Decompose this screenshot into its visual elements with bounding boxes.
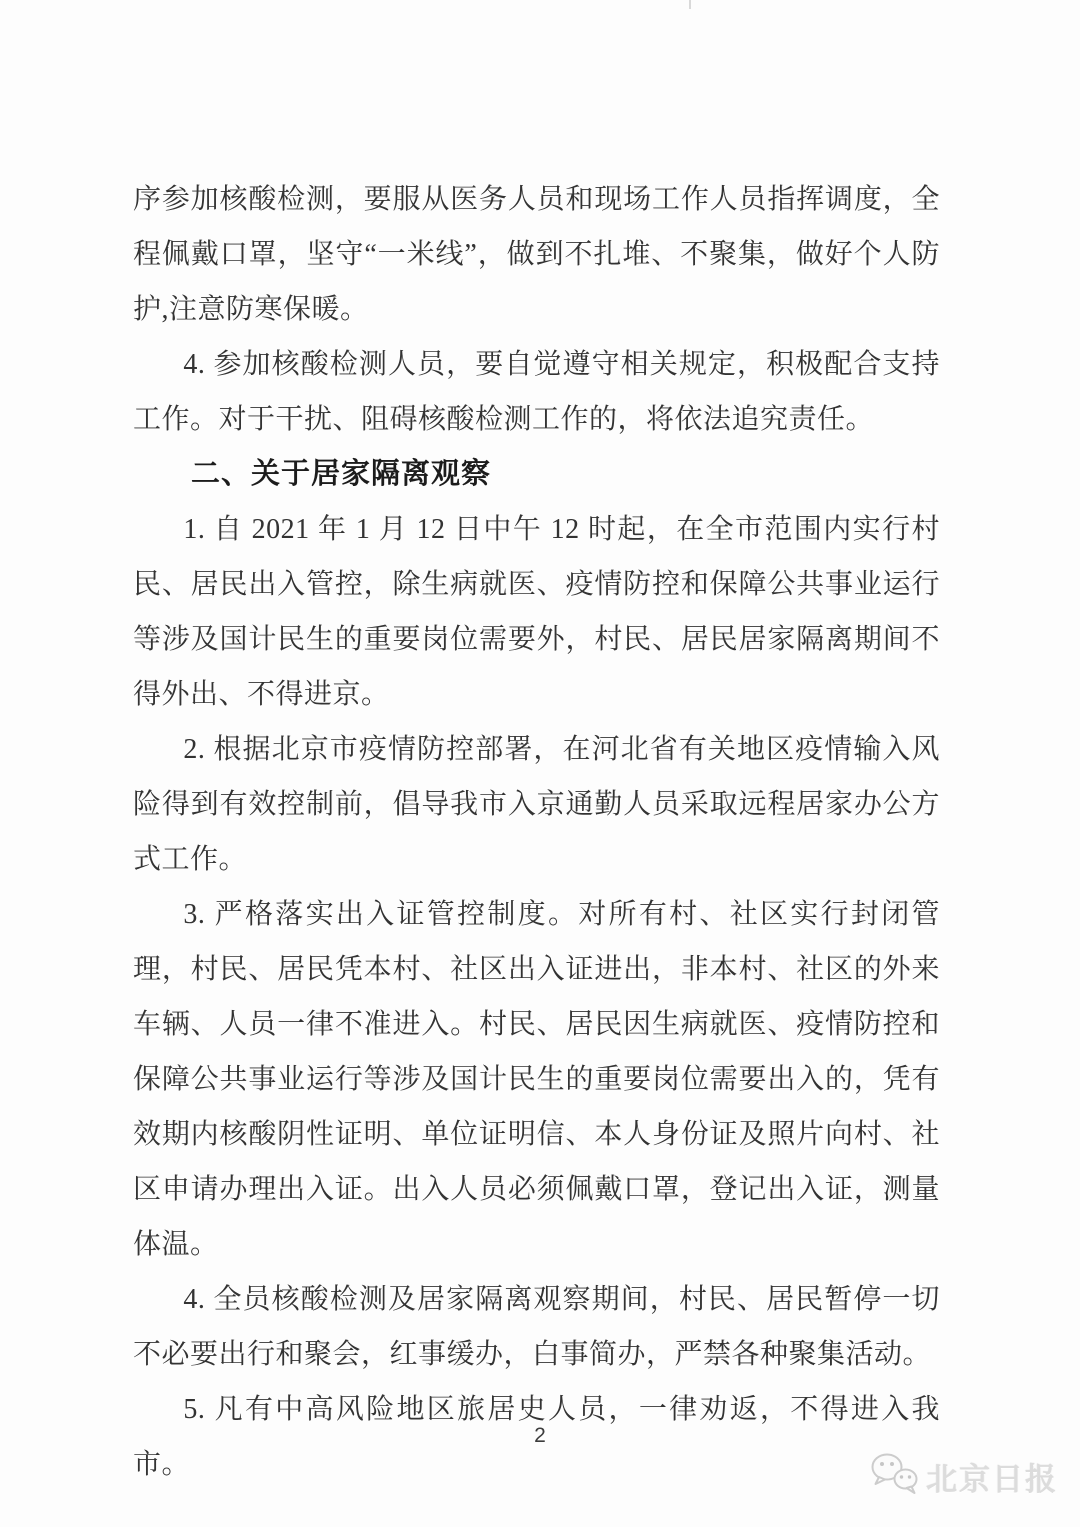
paragraph-quarantine-item-4: 4. 全员核酸检测及居家隔离观察期间，村民、居民暂停一切不必要出行和聚会，红事缓… (133, 1272, 940, 1382)
document-body: 序参加核酸检测，要服从医务人员和现场工作人员指挥调度，全程佩戴口罩，坚守“一米线… (133, 172, 940, 1492)
watermark: 北京日报 (869, 1452, 1058, 1501)
scan-artifact (689, 0, 691, 9)
watermark-label: 北京日报 (926, 1454, 1058, 1499)
paragraph-quarantine-item-1: 1. 自 2021 年 1 月 12 日中午 12 时起，在全市范围内实行村民、… (133, 502, 940, 722)
paragraph-quarantine-item-2: 2. 根据北京市疫情防控部署，在河北省有关地区疫情输入风险得到有效控制前，倡导我… (133, 722, 940, 887)
paragraph-testing-item-4: 4. 参加核酸检测人员，要自觉遵守相关规定，积极配合支持工作。对于干扰、阻碍核酸… (133, 337, 940, 447)
paragraph-continuation: 序参加核酸检测，要服从医务人员和现场工作人员指挥调度，全程佩戴口罩，坚守“一米线… (133, 172, 940, 337)
page-number: 2 (0, 1424, 1080, 1448)
section-heading-home-quarantine: 二、关于居家隔离观察 (133, 447, 940, 502)
paragraph-quarantine-item-3: 3. 严格落实出入证管控制度。对所有村、社区实行封闭管理，村民、居民凭本村、社区… (133, 887, 940, 1272)
wechat-icon (869, 1452, 919, 1501)
scanned-document-page: { "document": { "page_number": "2", "par… (0, 0, 1080, 1527)
